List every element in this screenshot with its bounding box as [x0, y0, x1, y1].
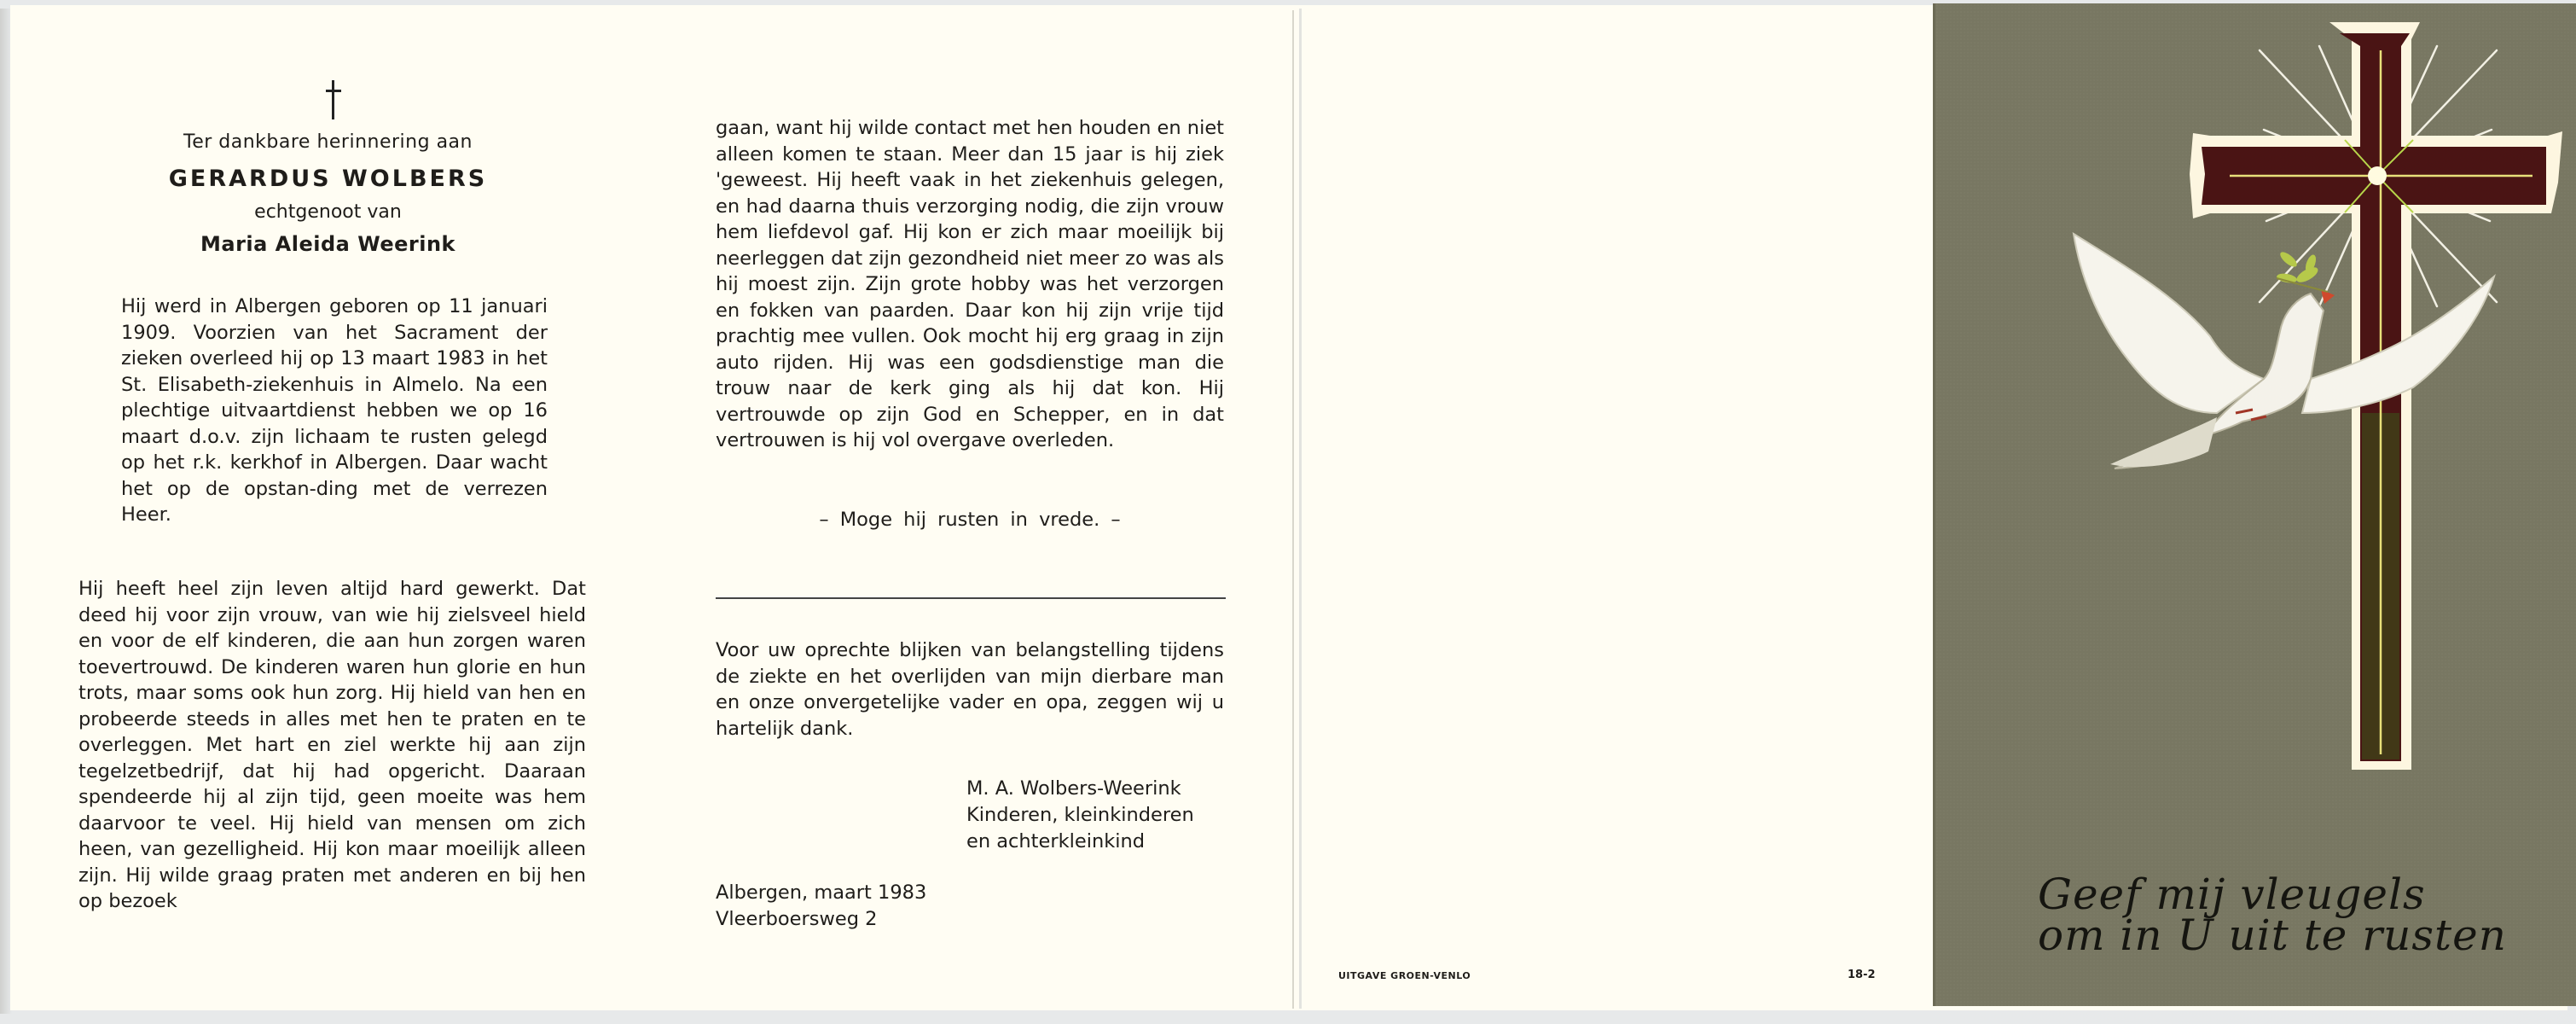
spouse-label: echtgenoot van [10, 201, 646, 223]
biography-paragraph-1: Hij werd in Albergen geboren op 11 janua… [121, 294, 548, 528]
place-block: Albergen, maart 1983 Vleerboersweg 2 [716, 880, 926, 933]
intro-text: Ter dankbare herinnering aan [10, 131, 646, 153]
front-cover-image: Geef mij vleugels om in U uit te rusten [1933, 3, 2576, 1006]
address: Vleerboersweg 2 [716, 906, 926, 933]
back-page: UITGAVE GROEN-VENLO 18-2 [1302, 5, 1933, 1010]
signature-block: M. A. Wolbers-Weerink Kinderen, kleinkin… [966, 776, 1194, 855]
publisher-imprint: UITGAVE GROEN-VENLO [1338, 970, 1471, 981]
cross-with-dove-icon [1935, 3, 2576, 1006]
signature-line: en achterkleinkind [966, 829, 1194, 855]
catalog-number: 18-2 [1848, 969, 1876, 981]
biography-paragraph-3: gaan, want hij wilde contact met hen hou… [716, 115, 1224, 454]
closing-prayer: – Moge hij rusten in vrede. – [716, 509, 1224, 531]
motto-line-2: om in U uit te rusten [2038, 915, 2515, 956]
spouse-name: Maria Aleida Weerink [10, 232, 646, 256]
signature-line: M. A. Wolbers-Weerink [966, 776, 1194, 802]
signature-line: Kinderen, kleinkinderen [966, 802, 1194, 829]
motto-line-1: Geef mij vleugels [2038, 874, 2515, 915]
divider-line [716, 597, 1226, 599]
fold-line [1292, 10, 1294, 1009]
thanks-paragraph: Voor uw oprechte blijken van belangstell… [716, 637, 1224, 742]
left-page: Ter dankbare herinnering aan GERARDUS WO… [10, 5, 646, 1010]
middle-page: gaan, want hij wilde contact met hen hou… [646, 5, 1292, 1010]
cover-motto: Geef mij vleugels om in U uit te rusten [2038, 874, 2515, 956]
latin-cross-icon [326, 80, 341, 119]
deceased-name: GERARDUS WOLBERS [10, 166, 646, 192]
biography-paragraph-2: Hij heeft heel zijn leven altijd hard ge… [78, 576, 586, 915]
place-date: Albergen, maart 1983 [716, 880, 926, 906]
